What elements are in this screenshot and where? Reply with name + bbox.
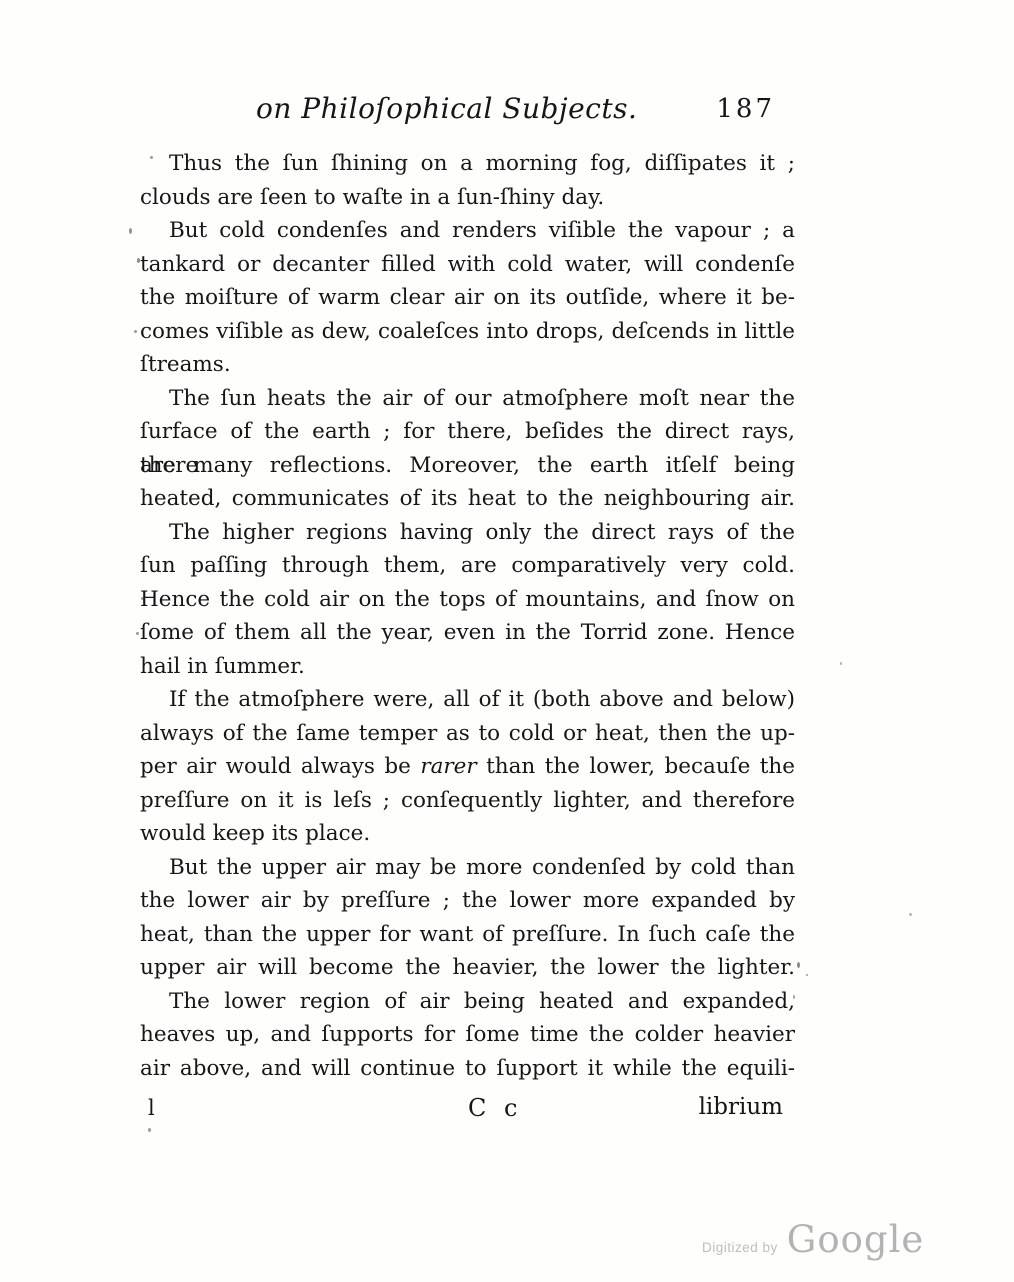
ink-speck bbox=[129, 228, 132, 234]
text-line: clouds are ſeen to waſte in a ſun-ſhiny … bbox=[140, 181, 795, 215]
text-line: heaves up, and ſupports for ſome time th… bbox=[140, 1018, 795, 1052]
watermark-prefix: Digitized by bbox=[702, 1240, 778, 1255]
text-line: heat, than the upper for want of preſſur… bbox=[140, 918, 795, 952]
text-line: upper air will become the heavier, the l… bbox=[140, 951, 795, 985]
text-line: ſome of them all the year, even in the T… bbox=[140, 616, 795, 650]
running-header: on Philoſophical Subjects. 187 bbox=[140, 92, 795, 136]
text-line: heated, communicates of its heat to the … bbox=[140, 482, 795, 516]
paragraph-6: But the upper air may be more condenſed … bbox=[140, 851, 795, 985]
paragraph-4: The higher regions having only the direc… bbox=[140, 516, 795, 684]
ink-speck bbox=[141, 597, 145, 600]
ink-speck bbox=[148, 1128, 151, 1132]
text-line: ſun paſſing through them, are comparativ… bbox=[140, 549, 795, 583]
margin-mark: l bbox=[148, 1096, 155, 1120]
paragraph-3: The ſun heats the air of our atmoſphere … bbox=[140, 382, 795, 516]
text-line: always of the ſame temper as to cold or … bbox=[140, 717, 795, 751]
text-line: If the atmoſphere were, all of it (both … bbox=[140, 683, 795, 717]
catchword: librium bbox=[699, 1094, 783, 1120]
text-line: the moiſture of warm clear air on its ou… bbox=[140, 281, 795, 315]
text-line: hail in ſummer. bbox=[140, 650, 795, 684]
google-logo: Google bbox=[787, 1218, 925, 1261]
text-line: But cold condenſes and renders viſible t… bbox=[140, 214, 795, 248]
ink-speck bbox=[840, 662, 842, 665]
page-number: 187 bbox=[716, 94, 775, 124]
text-line: But the upper air may be more condenſed … bbox=[140, 851, 795, 885]
ink-speck bbox=[136, 632, 139, 635]
text-line: Thus the ſun ſhining on a morning fog, d… bbox=[140, 147, 795, 181]
ink-speck bbox=[806, 974, 808, 976]
paragraph-2: But cold condenſes and renders viſible t… bbox=[140, 214, 795, 382]
ink-speck bbox=[134, 330, 137, 333]
paragraph-7: The lower region of air being heated and… bbox=[140, 985, 795, 1086]
text-segment: per air would always be bbox=[140, 754, 411, 779]
ink-speck bbox=[909, 913, 912, 916]
text-line: per air would always be rarer than the l… bbox=[140, 750, 795, 784]
text-line: The ſun heats the air of our atmoſphere … bbox=[140, 382, 795, 416]
text-line: are many reflections. Moreover, the eart… bbox=[140, 449, 795, 483]
text-line: would keep its place. bbox=[140, 817, 795, 851]
text-line: The higher regions having only the direc… bbox=[140, 516, 795, 550]
text-line: air above, and will continue to ſupport … bbox=[140, 1052, 795, 1086]
text-line: the lower air by preſſure ; the lower mo… bbox=[140, 884, 795, 918]
text-line: ſurface of the earth ; for there, beſide… bbox=[140, 415, 795, 449]
paragraph-5: If the atmoſphere were, all of it (both … bbox=[140, 683, 795, 851]
text-line: tankard or decanter filled with cold wat… bbox=[140, 248, 795, 282]
text-line: ſtreams. bbox=[140, 348, 795, 382]
google-watermark: Digitized by Google bbox=[702, 1218, 924, 1261]
scanned-book-page: on Philoſophical Subjects. 187 Thus the … bbox=[0, 0, 1014, 1282]
footer-line: l C c librium bbox=[140, 1094, 795, 1128]
text-column: Thus the ſun ſhining on a morning fog, d… bbox=[140, 147, 795, 1085]
text-line: Hence the cold air on the tops of mounta… bbox=[140, 583, 795, 617]
ink-speck bbox=[137, 258, 140, 263]
ink-speck bbox=[797, 962, 800, 968]
ink-speck bbox=[793, 995, 795, 999]
ink-speck bbox=[150, 156, 153, 159]
signature-mark: C c bbox=[468, 1094, 522, 1122]
text-line: comes viſible as dew, coaleſces into dro… bbox=[140, 315, 795, 349]
paragraph-1: Thus the ſun ſhining on a morning fog, d… bbox=[140, 147, 795, 214]
text-line: The lower region of air being heated and… bbox=[140, 985, 795, 1019]
page-header-title: on Philoſophical Subjects. bbox=[256, 92, 637, 125]
italic-word: rarer bbox=[420, 754, 476, 779]
text-line: preſſure on it is leſs ; conſequently li… bbox=[140, 784, 795, 818]
text-segment: than the lower, becauſe the bbox=[486, 754, 795, 779]
